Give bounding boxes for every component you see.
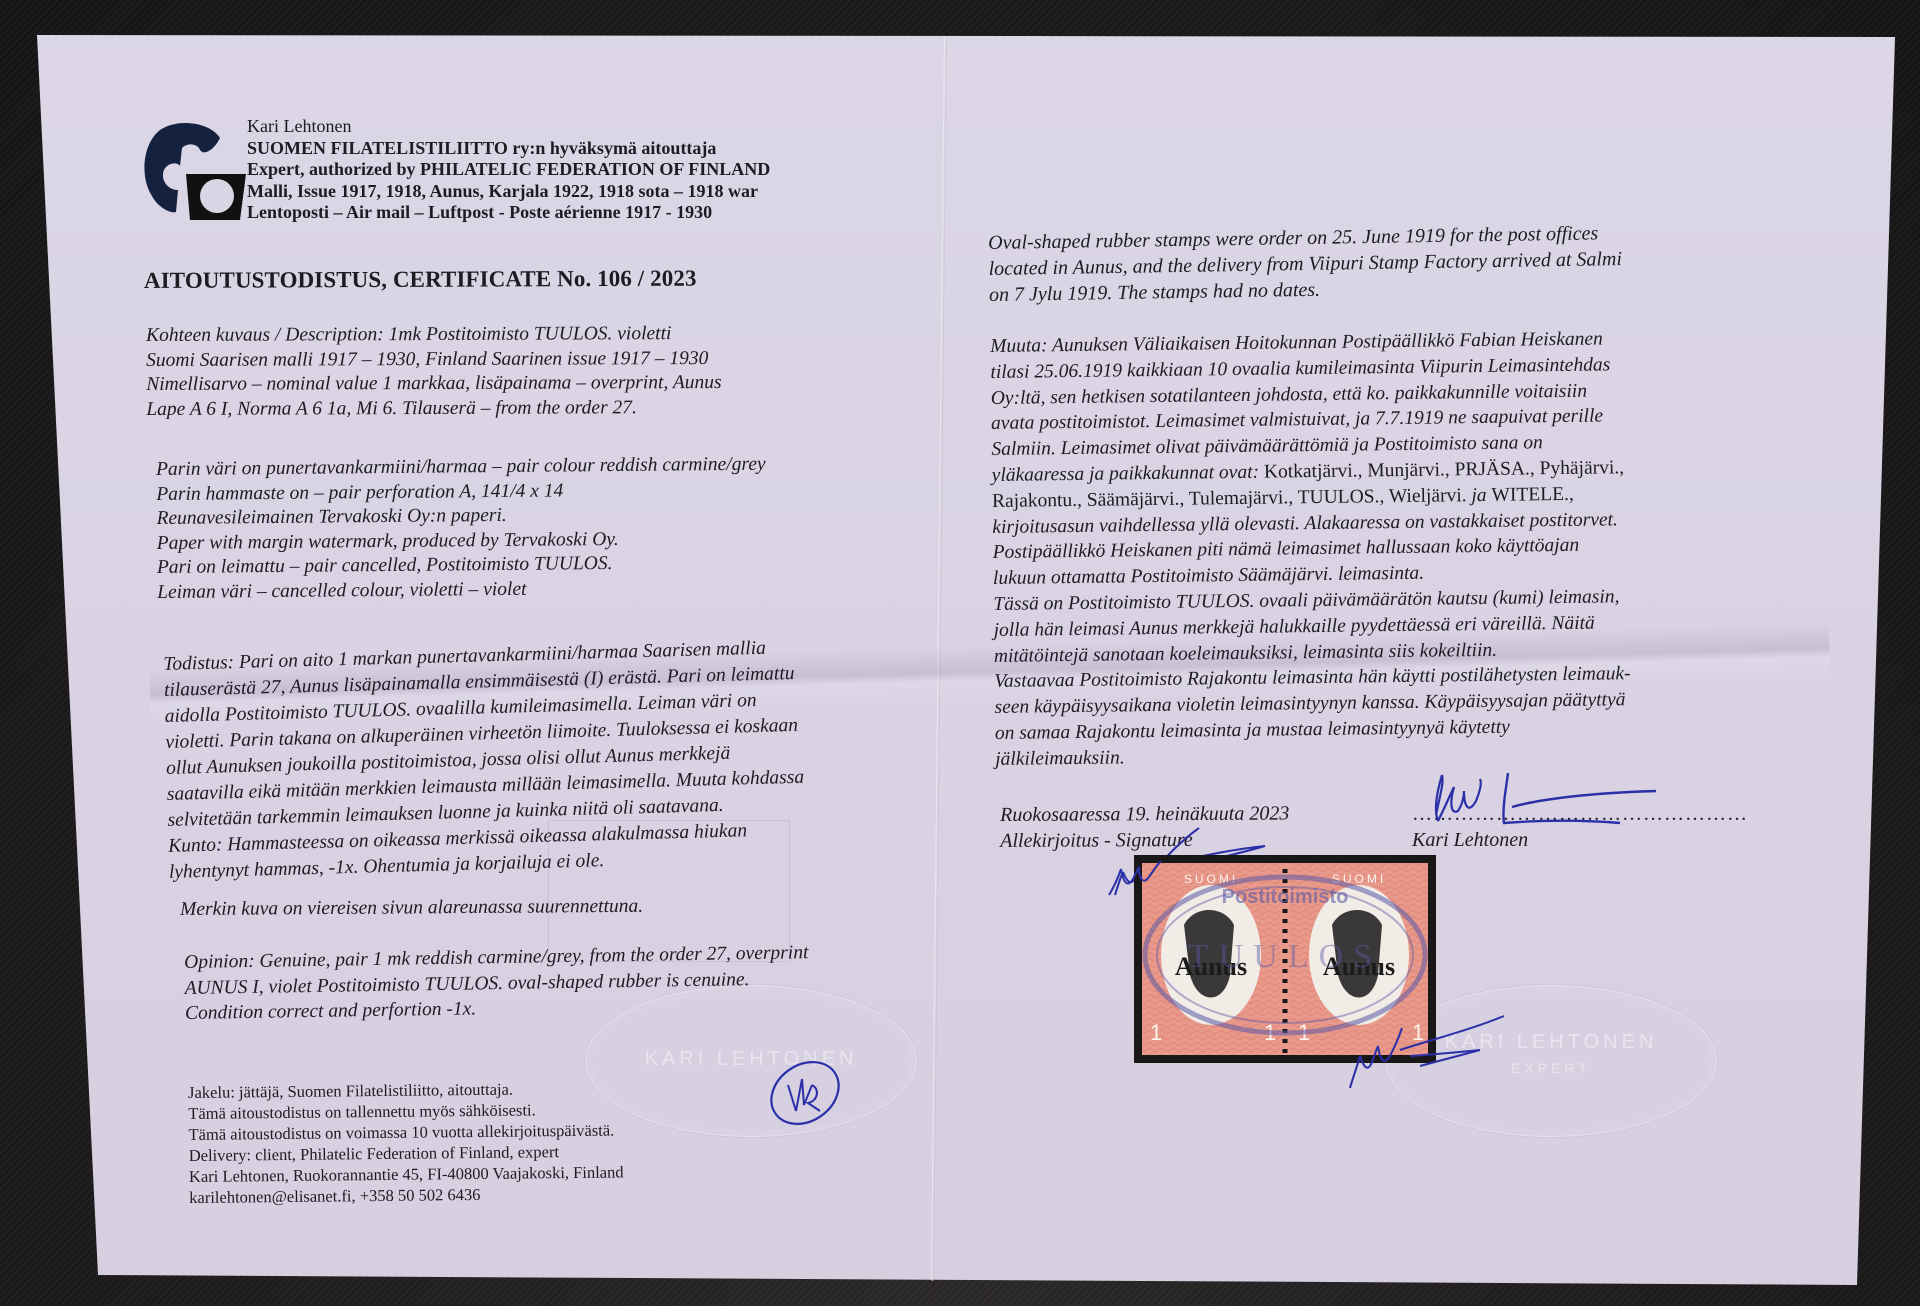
description-line: Kohteen kuvaus / Description: 1mk Postit… [146, 322, 721, 349]
header-line: SUOMEN FILATELISTILIITTO ry:n hyväksymä … [247, 138, 770, 160]
certification-block: Todistus: Pari on aito 1 markan punertav… [163, 635, 807, 886]
philatelic-federation-logo-icon [138, 116, 250, 222]
notes-text: jolla hän leimasi Aunus merkkejä halukka… [993, 612, 1594, 640]
emboss-seal-text: KARI LEHTONEN [586, 1048, 916, 1071]
description-line: Lape A 6 I, Norma A 6 1a, Mi 6. Tilauser… [146, 395, 721, 422]
stamp-pair-image: Aunus 1 1 SUOMI Aunus 1 1 SUOMI Postitoi… [1134, 855, 1436, 1063]
stamp-history-intro: Oval-shaped rubber stamps were order on … [988, 220, 1623, 308]
notes-text: on samaa Rajakontu leimasinta ja mustaa … [995, 717, 1510, 744]
header-line: Lentoposti – Air mail – Luftpost - Poste… [247, 202, 770, 224]
expert-header: Kari Lehtonen SUOMEN FILATELISTILIITTO r… [247, 116, 770, 224]
other-notes-block: Muuta: Aunuksen Väliaikaisen Hoitokunnan… [990, 326, 1632, 772]
signer-name: Kari Lehtonen [1412, 827, 1748, 853]
pair-details-block: Parin väri on punertavankarmiini/harmaa … [156, 453, 767, 605]
opinion-block: Opinion: Genuine, pair 1 mk reddish carm… [184, 940, 809, 1026]
notes-text: Salmiin. Leimasimet olivat päivämäärättö… [991, 432, 1543, 460]
notes-text: seen käypäisyysaikana violetin leimasint… [994, 689, 1625, 718]
notes-text: yläkaaressa ja paikkakunnat ovat: [992, 462, 1264, 486]
cancel-text: Postitoimisto [1222, 886, 1349, 908]
signing-block: Ruokosaaressa 19. heinäkuuta 2023 Alleki… [1000, 800, 1290, 854]
notes-text: ja [1466, 485, 1491, 506]
place-names: Kotkatjärvi., Munjärvi., PRJÄSA., Pyhäjä… [1264, 457, 1624, 482]
signer-block: ………………………………………… Kari Lehtonen [1412, 801, 1748, 853]
description-block: Kohteen kuvaus / Description: 1mk Postit… [146, 322, 722, 422]
notes-text: lukuun ottamatta Postitoimisto Säämäjärv… [993, 563, 1424, 589]
place-names: WITELE., [1491, 484, 1574, 506]
certificate-title: AITOUTUSTODISTUS, CERTIFICATE No. 106 / … [144, 266, 697, 294]
svg-text:1: 1 [1412, 1020, 1424, 1045]
notes-text: jälkileimauksiin. [995, 747, 1125, 770]
header-line: Malli, Issue 1917, 1918, Aunus, Karjala … [247, 181, 770, 203]
description-line: Suomi Saarisen malli 1917 – 1930, Finlan… [146, 346, 721, 373]
description-line: Nimellisarvo – nominal value 1 markkaa, … [146, 371, 721, 398]
svg-text:1: 1 [1150, 1020, 1162, 1045]
notes-text: mitätöintejä sanotaan koeleimauksiksi, l… [994, 639, 1497, 666]
notes-text: Postipäällikkö Heiskanen piti nämä leima… [993, 535, 1580, 563]
notes-text: tilasi 25.06.1919 kaikkiaan 10 ovaalia k… [990, 354, 1610, 383]
signature-label: Allekirjoitus - Signature [1000, 826, 1289, 854]
place-date: Ruokosaaressa 19. heinäkuuta 2023 [1000, 800, 1289, 828]
place-names: Rajakontu., Säämäjärvi., Tulemajärvi., T… [992, 485, 1467, 512]
svg-text:TUULOS: TUULOS [1188, 938, 1382, 975]
delivery-footer: Jakelu: jättäjä, Suomen Filatelistiliitt… [188, 1077, 624, 1208]
signature-dotted-line: ………………………………………… [1412, 801, 1748, 827]
header-line: Expert, authorized by PHILATELIC FEDERAT… [247, 159, 770, 181]
image-note: Merkin kuva on viereisen sivun alareunas… [180, 895, 643, 923]
expert-name: Kari Lehtonen [247, 116, 770, 138]
